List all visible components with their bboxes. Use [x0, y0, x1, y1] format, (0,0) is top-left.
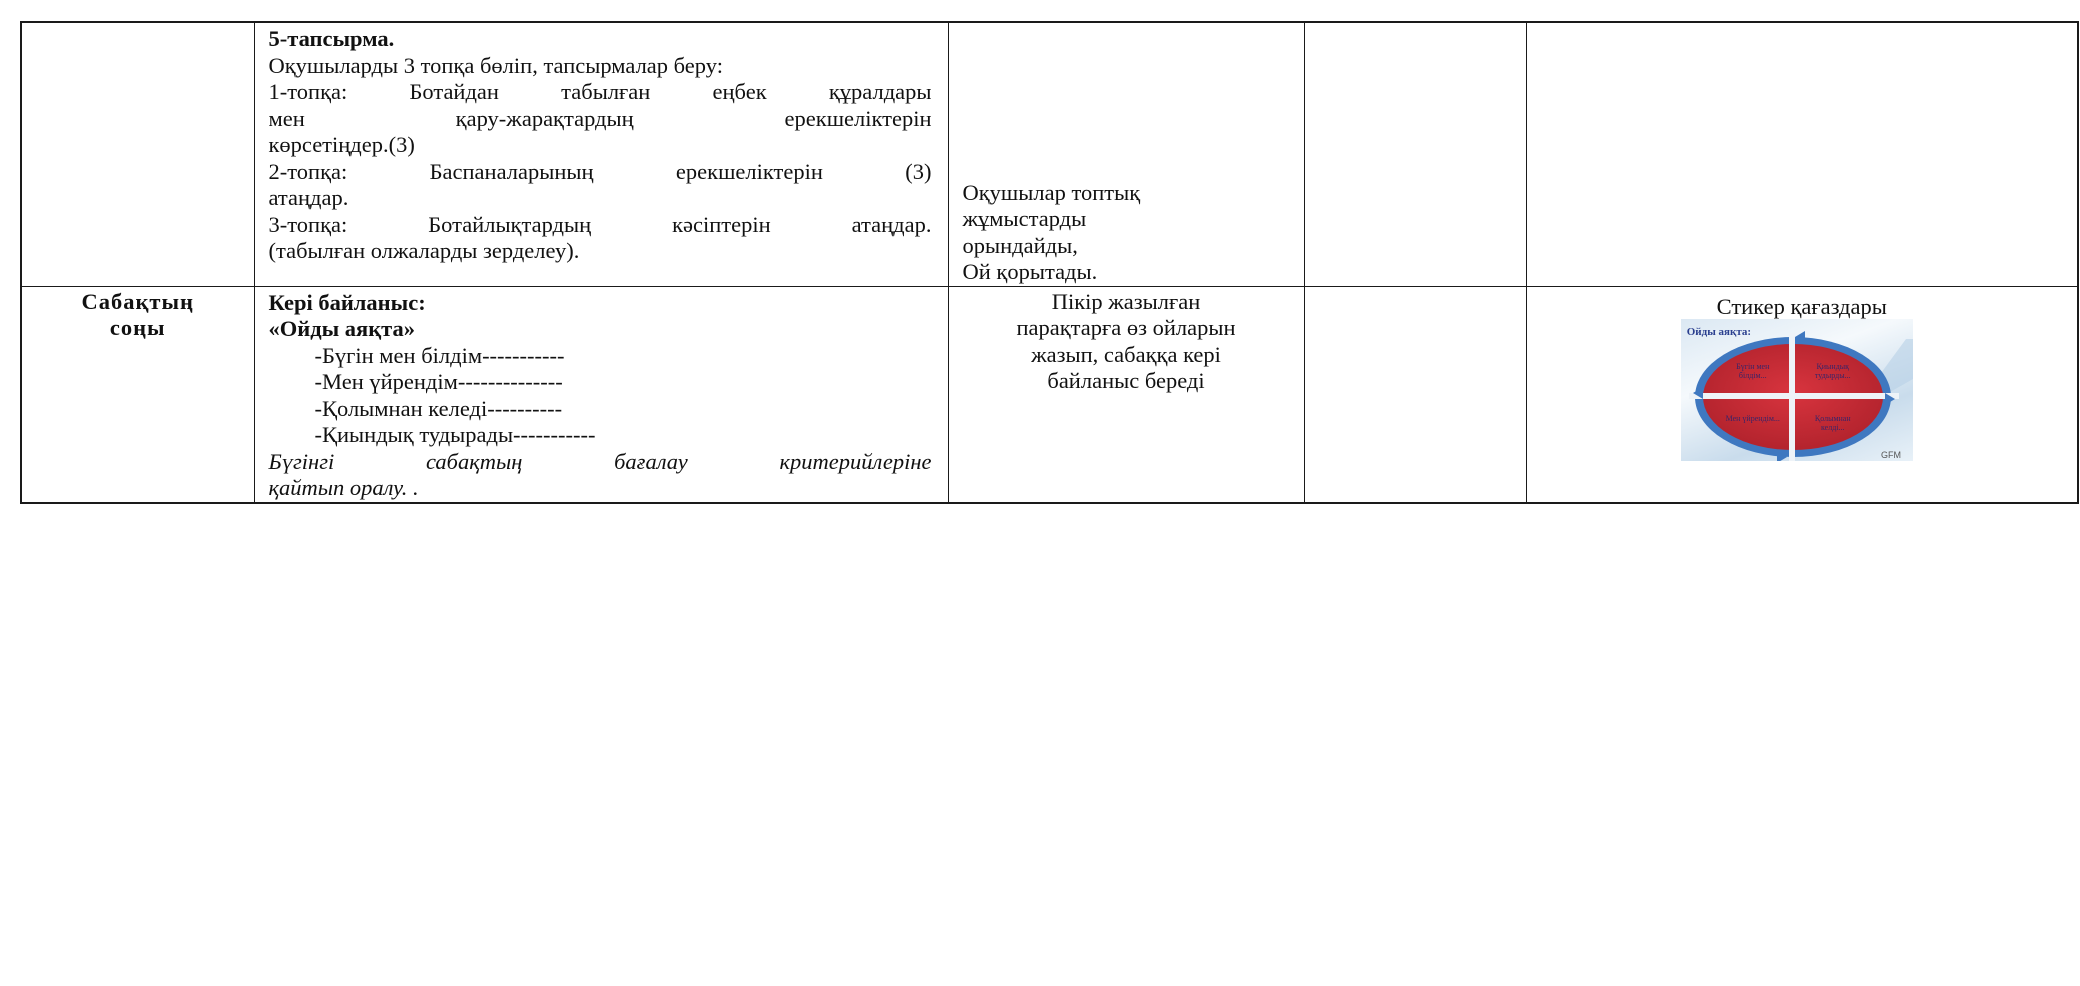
table-row-task5: 5-тапсырма. Оқушыларды 3 топқа бөліп, та…: [21, 22, 2078, 286]
quadrant-label: Мен үйрендім...: [1723, 414, 1783, 423]
quadrant-label: Бүгін мен білдім...: [1723, 362, 1783, 380]
feedback-item: -Мен үйрендім--------------: [269, 369, 932, 396]
feedback-note-line1: Бүгінгі сабақтың бағалау критерийлеріне: [269, 449, 932, 476]
quadrant-label: Қиындық тудырды...: [1803, 362, 1863, 380]
feedback-item: -Қолымнан келеді----------: [269, 396, 932, 423]
quadrant-label: Қолымнан келді...: [1803, 414, 1863, 432]
group1-text-line2: мен қару-жарақтардың ерекшеліктерін: [269, 106, 932, 133]
student-activity-cell: Оқушылар топтық жұмыстарды орындайды, Ой…: [948, 22, 1304, 286]
student-feedback-line4: байланыс береді: [957, 368, 1296, 395]
resources-title: Стикер қағаздары: [1527, 295, 2078, 319]
student-feedback-line1: Пікір жазылған: [957, 289, 1296, 316]
stage-cell: Сабақтың соңы: [21, 286, 254, 503]
group1-text-line1: 1-топқа: Ботайдан табылған еңбек құралда…: [269, 79, 932, 106]
feedback-item: -Бүгін мен білдім-----------: [269, 343, 932, 370]
stage-cell-empty: [21, 22, 254, 286]
feedback-item: -Қиындық тудырады-----------: [269, 422, 932, 449]
student-activity-line2: жұмыстарды: [963, 206, 1294, 233]
group3-text-line1: 3-топқа: Ботайлықтардың кәсіптерін атаңд…: [269, 212, 932, 239]
feedback-title: Кері байланыс:: [269, 290, 932, 317]
image-caption: Ойды аяқта:: [1687, 319, 1751, 346]
student-activity-line4: Ой қорытады.: [963, 259, 1294, 286]
student-feedback-line3: жазып, сабаққа кері: [957, 342, 1296, 369]
student-activity-line3: орындайды,: [963, 233, 1294, 260]
task-intro: Оқушыларды 3 топқа бөліп, тапсырмалар бе…: [269, 53, 932, 80]
svg-text:GFM: GFM: [1881, 450, 1901, 460]
table-row-lesson-end: Сабақтың соңы Кері байланыс: «Ойды аяқта…: [21, 286, 2078, 503]
group3-text-line2: (табылған олжаларды зерделеу).: [269, 238, 932, 265]
feedback-note-line2: қайтып оралу. .: [269, 475, 932, 502]
feedback-cell: Кері байланыс: «Ойды аяқта» -Бүгін мен б…: [254, 286, 948, 503]
student-feedback-line2: парақтарға өз ойларын: [957, 315, 1296, 342]
student-activity-line1: Оқушылар топтық: [963, 180, 1294, 207]
finish-the-thought-image: GFM Ойды аяқта: Бүгін мен білдім... Қиын…: [1681, 319, 1913, 461]
stage-label-line2: соңы: [30, 315, 246, 342]
assessment-cell-empty: [1304, 22, 1526, 286]
student-feedback-cell: Пікір жазылған парақтарға өз ойларын жаз…: [948, 286, 1304, 503]
group2-text-line2: атаңдар.: [269, 185, 932, 212]
teacher-activity-cell: 5-тапсырма. Оқушыларды 3 топқа бөліп, та…: [254, 22, 948, 286]
lesson-plan-table: 5-тапсырма. Оқушыларды 3 топқа бөліп, та…: [20, 21, 2079, 504]
resources-cell: Стикер қағаздары: [1526, 286, 2078, 503]
feedback-subtitle: «Ойды аяқта»: [269, 316, 932, 343]
resources-cell-empty: [1526, 22, 2078, 286]
stage-label-line1: Сабақтың: [30, 289, 246, 316]
group1-text-line3: көрсетіңдер.(3): [269, 132, 932, 159]
task-title: 5-тапсырма.: [269, 26, 932, 53]
group2-text-line1: 2-топқа: Баспаналарының ерекшеліктерін (…: [269, 159, 932, 186]
assessment-cell-empty: [1304, 286, 1526, 503]
